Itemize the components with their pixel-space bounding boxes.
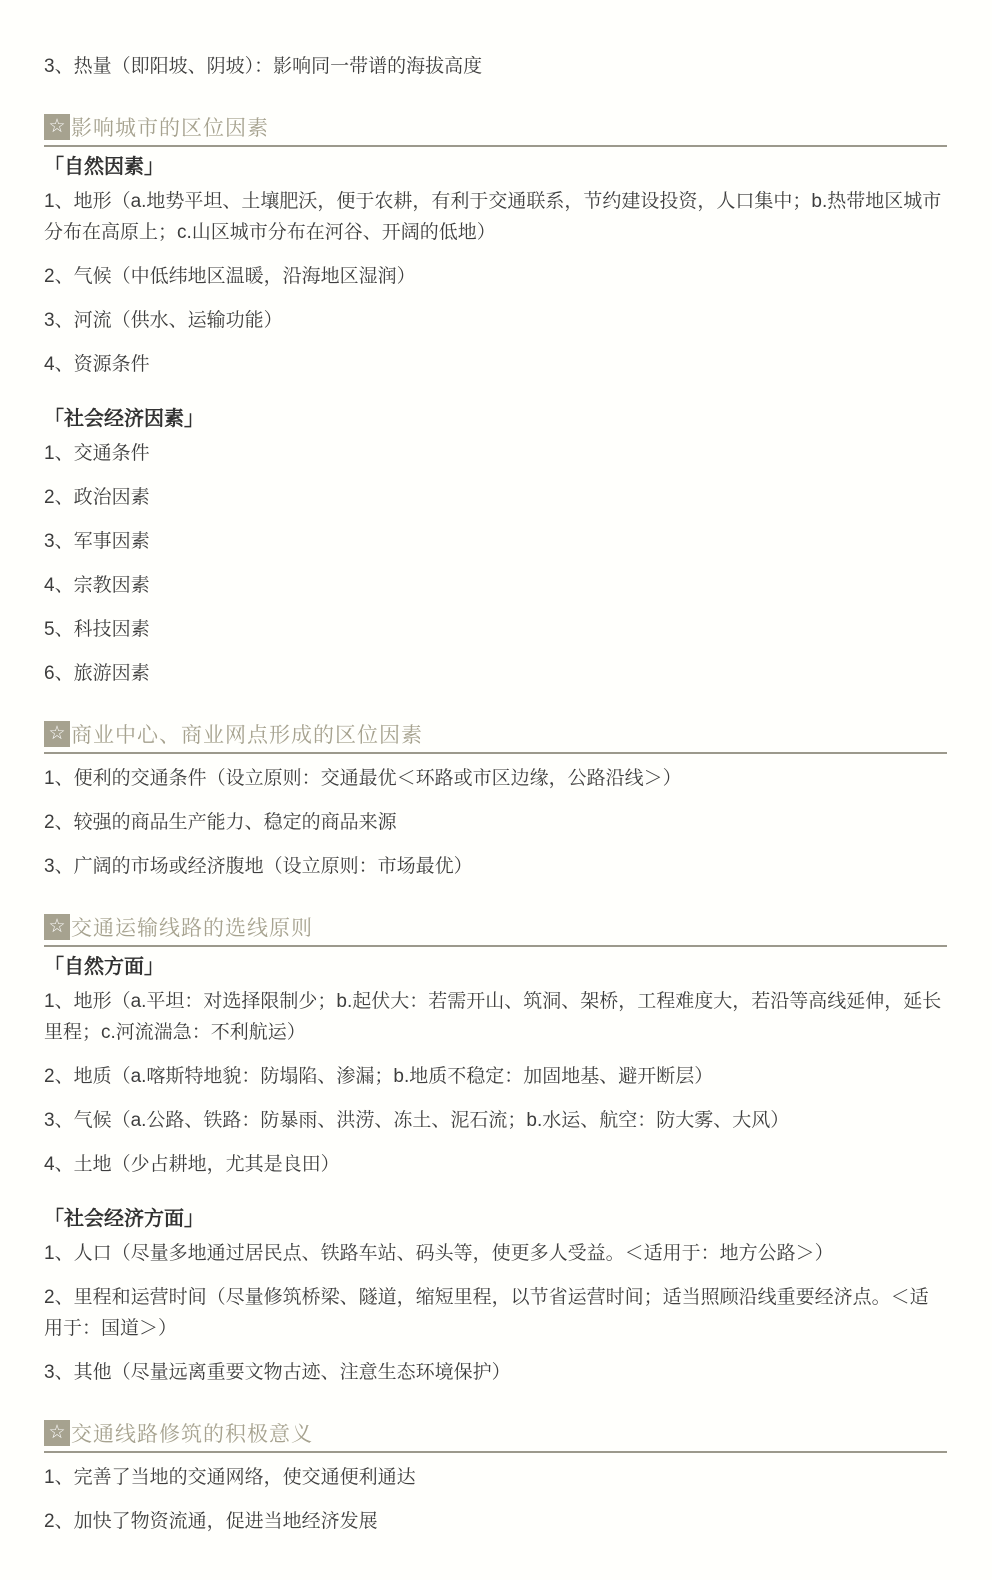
- note-item: 4、土地（少占耕地，尤其是良田）: [44, 1149, 947, 1180]
- note-item: 6、旅游因素: [44, 658, 947, 689]
- note-item: 3、热量（即阳坡、阴坡）：影响同一带谱的海拔高度: [44, 51, 947, 82]
- note-item: 2、里程和运营时间（尽量修筑桥梁、隧道，缩短里程，以节省运营时间；适当照顾沿线重…: [44, 1282, 947, 1344]
- note-item: 1、便利的交通条件（设立原则：交通最优＜环路或市区边缘，公路沿线＞）: [44, 763, 947, 794]
- note-item: 1、地形（a.平坦：对选择限制少；b.起伏大：若需开山、筑洞、架桥，工程难度大，…: [44, 986, 947, 1048]
- star-icon: ☆: [44, 721, 70, 747]
- star-icon: ☆: [44, 114, 70, 140]
- subsection-heading: 「社会经济因素」: [44, 404, 947, 434]
- note-item: 2、政治因素: [44, 482, 947, 513]
- note-item: 1、地形（a.地势平坦、土壤肥沃，便于农耕，有利于交通联系，节约建设投资，人口集…: [44, 186, 947, 248]
- note-item: 5、科技因素: [44, 614, 947, 645]
- note-item: 3、军事因素: [44, 526, 947, 557]
- section-title: 商业中心、商业网点形成的区位因素: [71, 719, 423, 749]
- section-transport-route-selection: ☆ 交通运输线路的选线原则 「自然方面」 1、地形（a.平坦：对选择限制少；b.…: [44, 912, 947, 1388]
- note-item: 3、河流（供水、运输功能）: [44, 305, 947, 336]
- note-item: 2、加快了物资流通，促进当地经济发展: [44, 1506, 947, 1537]
- note-item: 4、宗教因素: [44, 570, 947, 601]
- note-item: 2、气候（中低纬地区温暖，沿海地区湿润）: [44, 261, 947, 292]
- section-title: 交通线路修筑的积极意义: [71, 1418, 313, 1448]
- note-item: 2、地质（a.喀斯特地貌：防塌陷、渗漏；b.地质不稳定：加固地基、避开断层）: [44, 1061, 947, 1092]
- section-transport-construction-significance: ☆ 交通线路修筑的积极意义 1、完善了当地的交通网络，使交通便利通达 2、加快了…: [44, 1418, 947, 1537]
- section-title: 影响城市的区位因素: [71, 112, 269, 142]
- section-header: ☆ 商业中心、商业网点形成的区位因素: [44, 719, 947, 754]
- star-icon: ☆: [44, 914, 70, 940]
- note-item: 1、交通条件: [44, 438, 947, 469]
- subsection-heading: 「自然方面」: [44, 952, 947, 982]
- section-header: ☆ 影响城市的区位因素: [44, 112, 947, 147]
- study-notes-page: 3、热量（即阳坡、阴坡）：影响同一带谱的海拔高度 ☆ 影响城市的区位因素 「自然…: [44, 51, 947, 1537]
- subsection-heading: 「自然因素」: [44, 152, 947, 182]
- section-commercial-center-factors: ☆ 商业中心、商业网点形成的区位因素 1、便利的交通条件（设立原则：交通最优＜环…: [44, 719, 947, 882]
- star-icon: ☆: [44, 1420, 70, 1446]
- note-item: 2、较强的商品生产能力、稳定的商品来源: [44, 807, 947, 838]
- section-city-location-factors: ☆ 影响城市的区位因素 「自然因素」 1、地形（a.地势平坦、土壤肥沃，便于农耕…: [44, 112, 947, 689]
- section-title: 交通运输线路的选线原则: [71, 912, 313, 942]
- note-item: 1、完善了当地的交通网络，使交通便利通达: [44, 1462, 947, 1493]
- section-header: ☆ 交通线路修筑的积极意义: [44, 1418, 947, 1453]
- note-item: 3、气候（a.公路、铁路：防暴雨、洪涝、冻土、泥石流；b.水运、航空：防大雾、大…: [44, 1105, 947, 1136]
- note-item: 3、广阔的市场或经济腹地（设立原则：市场最优）: [44, 851, 947, 882]
- section-header: ☆ 交通运输线路的选线原则: [44, 912, 947, 947]
- note-item: 1、人口（尽量多地通过居民点、铁路车站、码头等，使更多人受益。＜适用于：地方公路…: [44, 1238, 947, 1269]
- subsection-heading: 「社会经济方面」: [44, 1204, 947, 1234]
- note-item: 3、其他（尽量远离重要文物古迹、注意生态环境保护）: [44, 1357, 947, 1388]
- note-item: 4、资源条件: [44, 349, 947, 380]
